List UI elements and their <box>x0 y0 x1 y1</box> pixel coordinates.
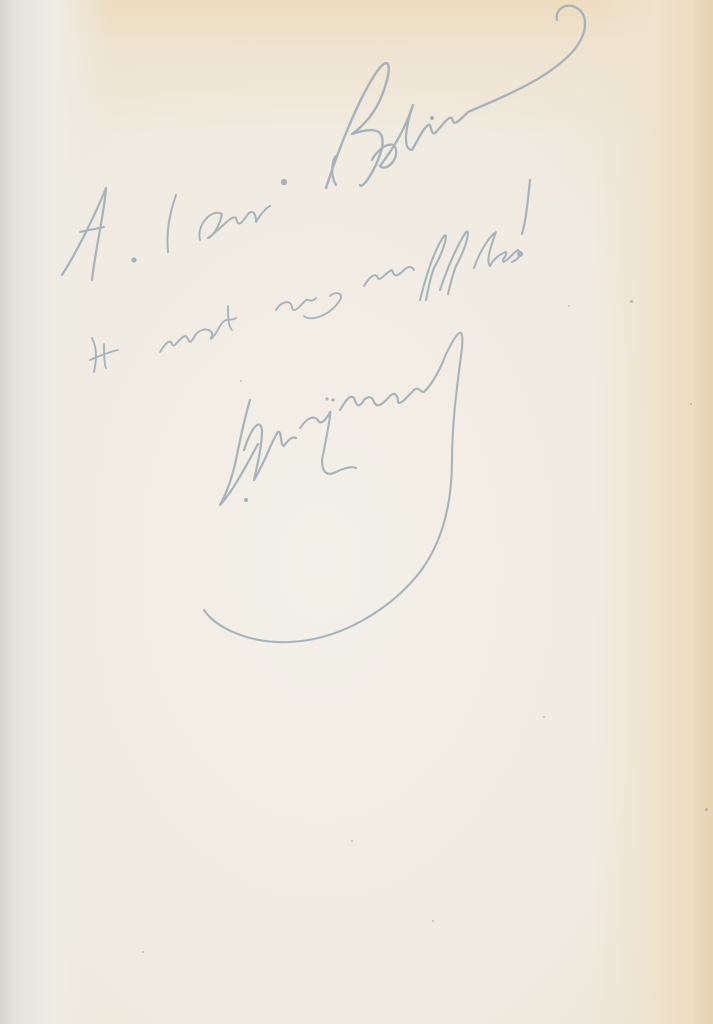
inscription-line-2 <box>90 180 530 372</box>
signature <box>204 333 462 642</box>
handwriting <box>0 0 713 1024</box>
inscription-line-1 <box>62 6 585 280</box>
book-page: A l'ami Bobin Et mort aux muffles! E. Mü… <box>0 0 713 1024</box>
